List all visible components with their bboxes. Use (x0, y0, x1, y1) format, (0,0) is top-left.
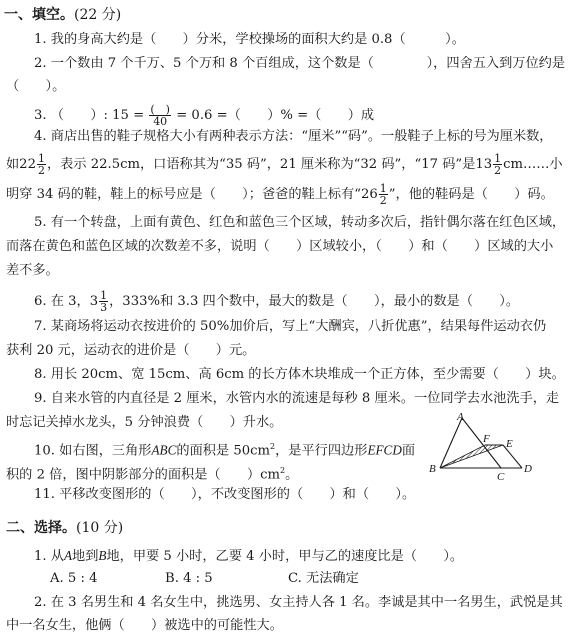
text: 6. 在 3，3 (34, 294, 98, 309)
question-1-7-line1: 7. 某商场将运动衣按进价的 50%加价后，写上“大酬宾，八折优惠”，结果每件运… (34, 318, 546, 336)
question-1-4-line3: 明穿 34 码的鞋，鞋上的标号应是（ ）；爸爸的鞋上标有“2612”，他的鞋码是… (6, 183, 554, 206)
question-1-7-line2: 获利 20 元，运动衣的进价是（ ）元。 (6, 342, 255, 360)
question-1-4-line1: 4. 商店出售的鞋子规格大小有两种表示方法：“厘米”“码”。一般鞋子上标的号为厘… (34, 128, 553, 146)
label-D: D (523, 463, 532, 475)
text: cm……小 (503, 157, 562, 172)
question-1-5-line3: 差不多。 (6, 262, 59, 280)
fraction-denominator: 2 (493, 165, 502, 176)
label-B: B (429, 463, 436, 475)
text: ，333%和 3.3 四个数中，最大的数是（ ），最小的数是（ ）。 (109, 294, 519, 309)
fraction-denominator: 3 (99, 302, 108, 313)
text: 地到 (72, 549, 98, 564)
text: 积的 2 倍，图中阴影部分的面积是（ ）cm (6, 467, 280, 482)
question-1-5-line2: 而落在黄色和蓝色区域的次数差不多，说明（ ）区域较小，（ ）和（ ）区域的大小 (6, 238, 553, 256)
q3-suffix: = 0.6 =（ ）% =（ ）成 (176, 108, 374, 123)
geometry-figure: A B C D E F (425, 410, 535, 482)
question-1-4-line2: 如2212，表示 22.5cm，口语称其为“35 码”，21 厘米称为“32 码… (6, 153, 563, 176)
section-points: (10 分) (76, 520, 123, 536)
text: ，是平行四边形 (275, 443, 367, 458)
question-1-10-line2: 积的 2 倍，图中阴影部分的面积是（ ）cm2。 (6, 462, 298, 484)
section-points: (22 分) (74, 7, 121, 23)
triangle-label: ABC (151, 442, 176, 457)
label-A: A (456, 411, 464, 423)
shaded-region (440, 445, 503, 468)
fraction-denominator: 40 (149, 116, 171, 127)
option-a: A. 5 : 4 (50, 570, 98, 588)
question-1-5-line1: 5. 有一个转盘，上面有黄色、红色和蓝色三个区域，转动多次后，指针偶尔落在红色区… (34, 214, 565, 232)
text: 。 (285, 467, 298, 482)
question-1-2-line1: 2. 一个数由 7 个千万、5 个万和 8 个百组成，这个数是（ ），四舍五入到… (34, 55, 565, 73)
text: 10. 如右图，三角形 (34, 443, 151, 458)
section-title: 二、选择。 (6, 520, 76, 536)
option-b: B. 4 : 5 (165, 570, 213, 588)
fraction: ( )40 (149, 104, 171, 127)
option-c: C. 无法确定 (288, 570, 359, 588)
question-1-9-line2: 时忘记关掉水龙头，5 分钟浪费（ ）升水。 (6, 414, 282, 432)
question-2-2-line1: 2. 在 3 名男生和 4 名女生中，挑选男、女主持人各 1 名。李诚是其中一名… (34, 594, 563, 612)
question-1-3: 3. （ ）: 15 = ( )40 = 0.6 =（ ）% =（ ）成 (34, 104, 374, 127)
question-1-9-line1: 9. 自来水管的内直径是 2 厘米，水管内水的流速是每秒 8 厘米。一位同学去水… (34, 390, 559, 408)
place-A: A (64, 548, 72, 563)
fraction: 12 (493, 153, 502, 176)
question-1-10-line1: 10. 如右图，三角形ABC的面积是 50cm2，是平行四边形EFCD面 (34, 438, 415, 460)
question-1-8: 8. 用长 20cm、宽 15cm、高 6cm 的长方体木块堆成一个正方体，至少… (34, 366, 565, 384)
fraction-denominator: 2 (379, 195, 388, 206)
q3-prefix: 3. （ ）: 15 = (34, 108, 144, 123)
question-2-2-line2: 中一名女生，他俩（ ）被选中的可能性大。 (6, 617, 283, 635)
text: ，表示 22.5cm，口语称其为“35 码”，21 厘米称为“32 码”，“17… (47, 157, 492, 172)
text: 1. 从 (34, 549, 64, 564)
fraction: 12 (37, 153, 46, 176)
section-2-heading: 二、选择。(10 分) (6, 519, 123, 537)
label-E: E (505, 438, 513, 450)
fraction: 13 (99, 290, 108, 313)
text: 如22 (6, 157, 36, 172)
text: 地，甲要 5 小时，乙要 4 小时，甲与乙的速度比是（ ）。 (106, 549, 463, 564)
question-1-11: 11. 平移改变图形的（ ），不改变图形的（ ）和（ ）。 (34, 486, 415, 504)
fraction: 12 (379, 183, 388, 206)
question-1-2-line2: （ ）。 (6, 78, 65, 96)
text: ”，他的鞋码是（ ）码。 (389, 187, 554, 202)
fraction-denominator: 2 (37, 165, 46, 176)
question-2-1: 1. 从A地到B地，甲要 5 小时，乙要 4 小时，甲与乙的速度比是（ ）。 (34, 547, 463, 566)
parallelogram-label: EFCD (367, 442, 401, 457)
text: 的面积是 50cm (176, 443, 270, 458)
question-1-1: 1. 我的身高大约是（ ）分米，学校操场的面积大约是 0.8（ ）。 (34, 31, 465, 49)
section-1-heading: 一、填空。(22 分) (4, 6, 121, 24)
text: 明穿 34 码的鞋，鞋上的标号应是（ ）；爸爸的鞋上标有“26 (6, 187, 378, 202)
text: 面 (402, 443, 415, 458)
label-F: F (482, 433, 490, 445)
question-1-6: 6. 在 3，313，333%和 3.3 四个数中，最大的数是（ ），最小的数是… (34, 290, 519, 313)
section-title: 一、填空。 (4, 7, 74, 23)
label-C: C (497, 471, 505, 482)
